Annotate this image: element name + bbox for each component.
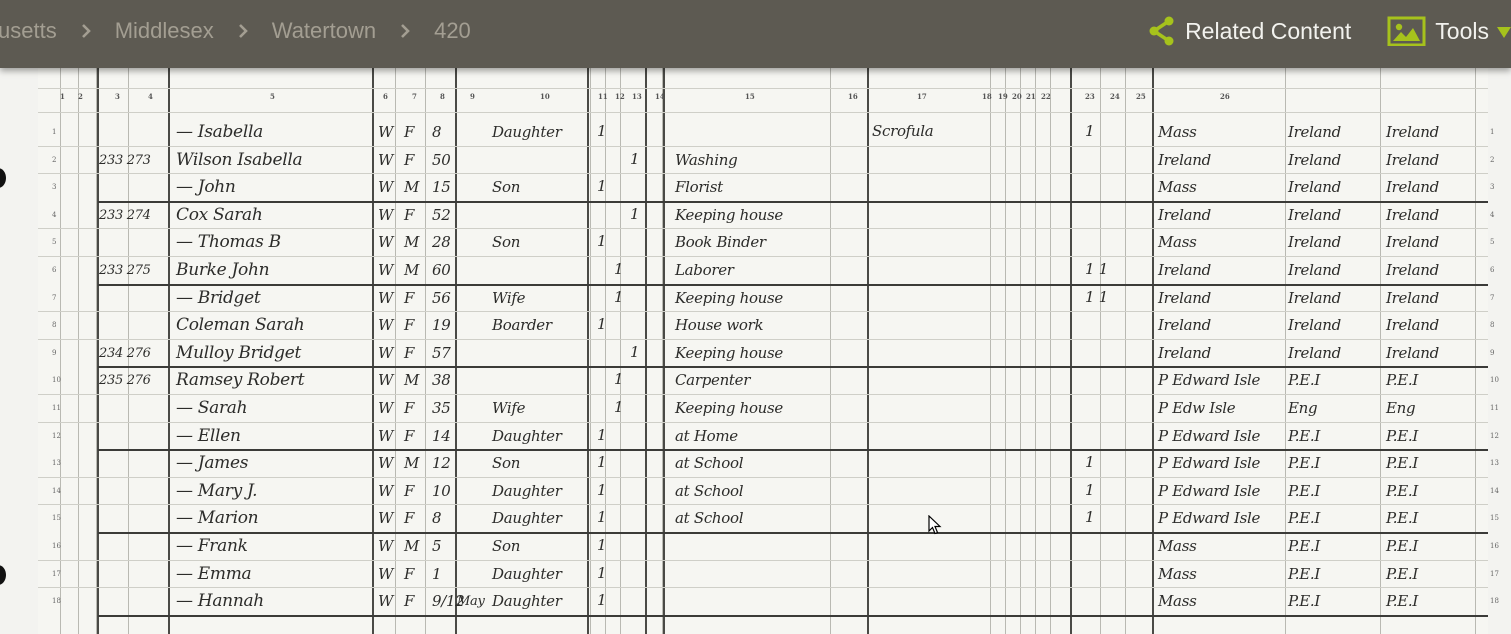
grid-line [38, 146, 1488, 147]
person-name: — Marion [176, 508, 258, 528]
father-birthplace: Eng [1288, 399, 1317, 417]
birthplace: Ireland [1158, 289, 1211, 307]
grid-line [38, 311, 1488, 312]
widowed-mark: 1 [630, 343, 639, 361]
census-page-image: 1234567891011121314151617181920212223242… [38, 62, 1488, 634]
line-number-left: 3 [52, 183, 56, 191]
person-name: — John [176, 177, 236, 197]
occupation: at School [675, 454, 743, 472]
birthplace: P Edward Isle [1158, 454, 1260, 472]
person-name: Ramsey Robert [176, 370, 304, 390]
sex: F [404, 592, 414, 610]
sex: M [404, 261, 419, 279]
column-number: 24 [1110, 92, 1120, 101]
person-name: Burke John [176, 260, 269, 280]
relationship: Boarder [492, 316, 552, 334]
grid-line [38, 394, 1488, 395]
single-mark: 1 [597, 536, 606, 554]
birth-month: May [457, 594, 485, 609]
grid-line [98, 366, 1488, 368]
age: 15 [432, 178, 451, 196]
line-number-right: 15 [1490, 514, 1499, 522]
person-name: — James [176, 453, 248, 473]
color: W [378, 316, 393, 334]
birthplace: Mass [1158, 565, 1197, 583]
grid-line [620, 62, 621, 634]
mother-birthplace: P.E.I [1386, 537, 1418, 555]
occupation: at School [675, 509, 743, 527]
color: W [378, 233, 393, 251]
tools-label: Tools [1435, 18, 1489, 45]
grid-line [168, 62, 170, 634]
age: 52 [432, 206, 451, 224]
grid-line [372, 62, 374, 634]
birthplace: P Edward Isle [1158, 509, 1260, 527]
age: 28 [432, 233, 451, 251]
breadcrumb-state[interactable]: usetts [0, 18, 57, 44]
line-number-left: 10 [52, 376, 61, 384]
birthplace: P Edward Isle [1158, 371, 1260, 389]
relationship: Wife [492, 399, 525, 417]
grid-line [867, 62, 869, 634]
birthplace: Mass [1158, 592, 1197, 610]
column-number: 15 [745, 92, 755, 101]
punch-hole [0, 168, 6, 188]
relationship: Daughter [492, 123, 562, 141]
father-birthplace: P.E.I [1288, 454, 1320, 472]
dwelling-number: 233 274 [99, 208, 151, 223]
color: W [378, 592, 393, 610]
column-number: 13 [632, 92, 642, 101]
mother-birthplace: P.E.I [1386, 371, 1418, 389]
mother-birthplace: P.E.I [1386, 592, 1418, 610]
line-number-right: 11 [1490, 404, 1499, 412]
mother-birthplace: Ireland [1386, 289, 1439, 307]
birthplace: Mass [1158, 123, 1197, 141]
father-birthplace: Ireland [1288, 123, 1341, 141]
birthplace: Ireland [1158, 151, 1211, 169]
color: W [378, 123, 393, 141]
relationship: Daughter [492, 482, 562, 500]
color: W [378, 509, 393, 527]
single-mark: 1 [597, 453, 606, 471]
grid-line [98, 284, 1488, 286]
mother-birthplace: Ireland [1386, 151, 1439, 169]
sex: M [404, 371, 419, 389]
birthplace: Ireland [1158, 344, 1211, 362]
single-mark: 1 [597, 508, 606, 526]
occupation: Laborer [675, 261, 734, 279]
single-mark: 1 [597, 481, 606, 499]
column-number: 22 [1041, 92, 1051, 101]
line-number-left: 12 [52, 432, 61, 440]
grid-line [1125, 62, 1126, 634]
column-number: 8 [440, 92, 445, 101]
age: 1 [432, 565, 441, 583]
header-actions: Related Content Tools [1147, 0, 1511, 62]
father-birthplace: Ireland [1288, 261, 1341, 279]
occupation: Washing [675, 151, 737, 169]
top-navigation-bar: usetts Middlesex Watertown 420 Related C… [0, 0, 1511, 68]
age: 8 [432, 509, 441, 527]
chevron-right-icon [57, 20, 115, 43]
line-number-right: 2 [1490, 156, 1494, 164]
age: 56 [432, 289, 451, 307]
single-mark: 1 [597, 177, 606, 195]
age: 5 [432, 537, 441, 555]
line-number-right: 3 [1490, 183, 1494, 191]
line-number-left: 11 [52, 404, 61, 412]
grid-line [38, 173, 1488, 174]
color: W [378, 565, 393, 583]
grid-line [990, 62, 991, 634]
occupation: Keeping house [675, 289, 783, 307]
color: W [378, 178, 393, 196]
column-number: 1 [60, 92, 65, 101]
married-mark: 1 [614, 260, 623, 278]
column-number: 9 [470, 92, 475, 101]
relationship: Son [492, 454, 520, 472]
literacy-mark: 1 [1085, 122, 1094, 140]
related-content-label: Related Content [1185, 18, 1351, 45]
occupation: at School [675, 482, 743, 500]
color: W [378, 206, 393, 224]
grid-line [98, 615, 1488, 617]
father-birthplace: P.E.I [1288, 371, 1320, 389]
line-number-left: 18 [52, 597, 61, 605]
sex: F [404, 123, 414, 141]
age: 8 [432, 123, 441, 141]
column-number: 6 [383, 92, 388, 101]
column-number: 20 [1012, 92, 1022, 101]
literacy-mark: 1 1 [1085, 260, 1108, 278]
grid-line [38, 228, 1488, 229]
birthplace: Ireland [1158, 316, 1211, 334]
color: W [378, 427, 393, 445]
widowed-mark: 1 [630, 150, 639, 168]
age: 19 [432, 316, 451, 334]
father-birthplace: P.E.I [1288, 537, 1320, 555]
sex: F [404, 565, 414, 583]
column-number: 14 [655, 92, 665, 101]
person-name: Mulloy Bridget [176, 343, 301, 363]
line-number-left: 16 [52, 542, 61, 550]
column-number: 4 [148, 92, 153, 101]
column-number: 16 [848, 92, 858, 101]
father-birthplace: P.E.I [1288, 482, 1320, 500]
column-number: 11 [598, 92, 608, 101]
line-number-right: 4 [1490, 211, 1494, 219]
birthplace: Mass [1158, 537, 1197, 555]
occupation: House work [675, 316, 763, 334]
relationship: Daughter [492, 565, 562, 583]
age: 10 [432, 482, 451, 500]
mother-birthplace: Ireland [1386, 316, 1439, 334]
line-number-right: 5 [1490, 238, 1494, 246]
column-number: 17 [917, 92, 927, 101]
grid-line [98, 532, 1488, 534]
line-number-right: 9 [1490, 349, 1494, 357]
grid-line [38, 339, 1488, 340]
relationship: Son [492, 233, 520, 251]
birthplace: P Edward Isle [1158, 482, 1260, 500]
line-number-right: 1 [1490, 128, 1494, 136]
line-number-left: 13 [52, 459, 61, 467]
grid-line [830, 62, 831, 634]
breadcrumb-page: 420 [434, 18, 471, 44]
grid-line [590, 62, 591, 634]
line-number-left: 6 [52, 266, 56, 274]
person-name: — Mary J. [176, 481, 257, 501]
image-icon [1387, 16, 1427, 46]
document-viewer[interactable]: 1234567891011121314151617181920212223242… [0, 62, 1511, 634]
mother-birthplace: P.E.I [1386, 509, 1418, 527]
breadcrumb: usetts Middlesex Watertown 420 [0, 0, 471, 62]
person-name: — Sarah [176, 398, 247, 418]
line-number-left: 9 [52, 349, 56, 357]
column-number: 21 [1026, 92, 1036, 101]
single-mark: 1 [597, 564, 606, 582]
mother-birthplace: Ireland [1386, 178, 1439, 196]
occupation: Florist [675, 178, 723, 196]
literacy-mark: 1 [1085, 481, 1094, 499]
line-number-right: 12 [1490, 432, 1499, 440]
column-number: 7 [412, 92, 417, 101]
grid-line [38, 504, 1488, 505]
sex: F [404, 289, 414, 307]
relationship: Son [492, 537, 520, 555]
line-number-left: 7 [52, 294, 56, 302]
grid-line [98, 201, 1488, 203]
father-birthplace: P.E.I [1288, 592, 1320, 610]
sex: M [404, 454, 419, 472]
grid-line [38, 422, 1488, 423]
column-number: 26 [1220, 92, 1230, 101]
father-birthplace: Ireland [1288, 316, 1341, 334]
line-number-left: 15 [52, 514, 61, 522]
color: W [378, 371, 393, 389]
column-number: 5 [270, 92, 275, 101]
line-number-right: 10 [1490, 376, 1499, 384]
person-name: Cox Sarah [176, 205, 263, 225]
color: W [378, 289, 393, 307]
age: 38 [432, 371, 451, 389]
sex: M [404, 537, 419, 555]
age: 14 [432, 427, 451, 445]
person-name: — Frank [176, 536, 248, 556]
column-number: 25 [1136, 92, 1146, 101]
grid-line [98, 449, 1488, 451]
sex: F [404, 482, 414, 500]
mother-birthplace: P.E.I [1386, 565, 1418, 583]
mother-birthplace: Ireland [1386, 261, 1439, 279]
single-mark: 1 [597, 232, 606, 250]
mouse-cursor [928, 515, 942, 540]
mother-birthplace: P.E.I [1386, 454, 1418, 472]
breadcrumb-county[interactable]: Middlesex [115, 18, 214, 44]
mother-birthplace: Ireland [1386, 123, 1439, 141]
color: W [378, 344, 393, 362]
grid-line [1152, 62, 1154, 634]
person-name: Coleman Sarah [176, 315, 304, 335]
breadcrumb-town[interactable]: Watertown [272, 18, 376, 44]
father-birthplace: Ireland [1288, 344, 1341, 362]
column-number: 10 [540, 92, 550, 101]
grid-line [1050, 62, 1051, 634]
father-birthplace: Ireland [1288, 151, 1341, 169]
sex: M [404, 233, 419, 251]
single-mark: 1 [597, 426, 606, 444]
father-birthplace: P.E.I [1288, 509, 1320, 527]
grid-line [38, 587, 1488, 588]
married-mark: 1 [614, 288, 623, 306]
grid-line [395, 62, 396, 634]
tools-menu-button[interactable]: Tools [1387, 16, 1511, 46]
grid-line [455, 62, 457, 634]
occupation: Book Binder [675, 233, 766, 251]
sex: F [404, 399, 414, 417]
grid-line [78, 62, 79, 634]
line-number-left: 17 [52, 570, 61, 578]
share-icon [1147, 16, 1177, 46]
grid-line [38, 88, 1488, 89]
occupation: at Home [675, 427, 738, 445]
relationship: Son [492, 178, 520, 196]
line-number-right: 18 [1490, 597, 1499, 605]
married-mark: 1 [614, 370, 623, 388]
age: 50 [432, 151, 451, 169]
person-name: — Thomas B [176, 232, 281, 252]
mother-birthplace: Ireland [1386, 233, 1439, 251]
dwelling-number: 235 276 [99, 373, 151, 388]
person-name: — Emma [176, 564, 251, 584]
age: 57 [432, 344, 451, 362]
person-name: — Bridget [176, 288, 260, 308]
line-number-left: 5 [52, 238, 56, 246]
grid-line [1005, 62, 1006, 634]
color: W [378, 482, 393, 500]
grid-line [1380, 62, 1381, 634]
column-number: 23 [1085, 92, 1095, 101]
grid-line [38, 256, 1488, 257]
column-number: 18 [982, 92, 992, 101]
literacy-mark: 1 [1085, 453, 1094, 471]
grid-line [38, 477, 1488, 478]
mother-birthplace: Eng [1386, 399, 1415, 417]
relationship: Daughter [492, 427, 562, 445]
birthplace: Mass [1158, 178, 1197, 196]
person-name: — Hannah [176, 591, 264, 611]
sex: F [404, 206, 414, 224]
line-number-left: 8 [52, 321, 56, 329]
grid-line [38, 560, 1488, 561]
birthplace: P Edw Isle [1158, 399, 1235, 417]
age: 60 [432, 261, 451, 279]
column-number: 19 [998, 92, 1008, 101]
mother-birthplace: Ireland [1386, 206, 1439, 224]
age: 12 [432, 454, 451, 472]
birthplace: Ireland [1158, 206, 1211, 224]
married-mark: 1 [614, 398, 623, 416]
line-number-right: 13 [1490, 459, 1499, 467]
grid-line [1100, 62, 1101, 634]
color: W [378, 454, 393, 472]
grid-line [663, 62, 665, 634]
occupation: Keeping house [675, 399, 783, 417]
sex: F [404, 316, 414, 334]
chevron-right-icon [376, 20, 434, 43]
grid-line [587, 62, 589, 634]
father-birthplace: Ireland [1288, 178, 1341, 196]
person-name: — Ellen [176, 426, 241, 446]
father-birthplace: Ireland [1288, 206, 1341, 224]
color: W [378, 399, 393, 417]
grid-line [1475, 62, 1476, 634]
line-number-left: 2 [52, 156, 56, 164]
single-mark: 1 [597, 591, 606, 609]
single-mark: 1 [597, 122, 606, 140]
dwelling-number: 233 273 [99, 153, 151, 168]
relationship: Daughter [492, 509, 562, 527]
sex: F [404, 509, 414, 527]
line-number-right: 17 [1490, 570, 1499, 578]
birthplace: Ireland [1158, 261, 1211, 279]
related-content-button[interactable]: Related Content [1147, 16, 1351, 46]
grid-line [1035, 62, 1036, 634]
single-mark: 1 [597, 315, 606, 333]
sex: F [404, 151, 414, 169]
color: W [378, 261, 393, 279]
occupation: Carpenter [675, 371, 750, 389]
occupation: Keeping house [675, 206, 783, 224]
literacy-mark: 1 [1085, 508, 1094, 526]
mother-birthplace: Ireland [1386, 344, 1439, 362]
literacy-mark: 1 1 [1085, 288, 1108, 306]
dwelling-number: 234 276 [99, 346, 151, 361]
color: W [378, 151, 393, 169]
line-number-left: 4 [52, 211, 56, 219]
father-birthplace: P.E.I [1288, 427, 1320, 445]
sex: F [404, 344, 414, 362]
grid-line [1020, 62, 1021, 634]
line-number-right: 16 [1490, 542, 1499, 550]
column-number: 12 [615, 92, 625, 101]
line-number-right: 8 [1490, 321, 1494, 329]
color: W [378, 537, 393, 555]
grid-line [425, 62, 426, 634]
widowed-mark: 1 [630, 205, 639, 223]
column-number: 2 [78, 92, 83, 101]
dwelling-number: 233 275 [99, 263, 151, 278]
father-birthplace: P.E.I [1288, 565, 1320, 583]
grid-line [1070, 62, 1072, 634]
mother-birthplace: P.E.I [1386, 427, 1418, 445]
line-number-left: 14 [52, 487, 61, 495]
relationship: Wife [492, 289, 525, 307]
person-name: Wilson Isabella [176, 150, 302, 170]
mother-birthplace: P.E.I [1386, 482, 1418, 500]
column-number: 3 [115, 92, 120, 101]
father-birthplace: Ireland [1288, 289, 1341, 307]
line-number-right: 6 [1490, 266, 1494, 274]
birthplace: P Edward Isle [1158, 427, 1260, 445]
line-number-right: 7 [1490, 294, 1494, 302]
father-birthplace: Ireland [1288, 233, 1341, 251]
caret-down-icon [1497, 18, 1511, 45]
relationship: Daughter [492, 592, 562, 610]
line-number-right: 14 [1490, 487, 1499, 495]
illness: Scrofula [872, 122, 933, 140]
